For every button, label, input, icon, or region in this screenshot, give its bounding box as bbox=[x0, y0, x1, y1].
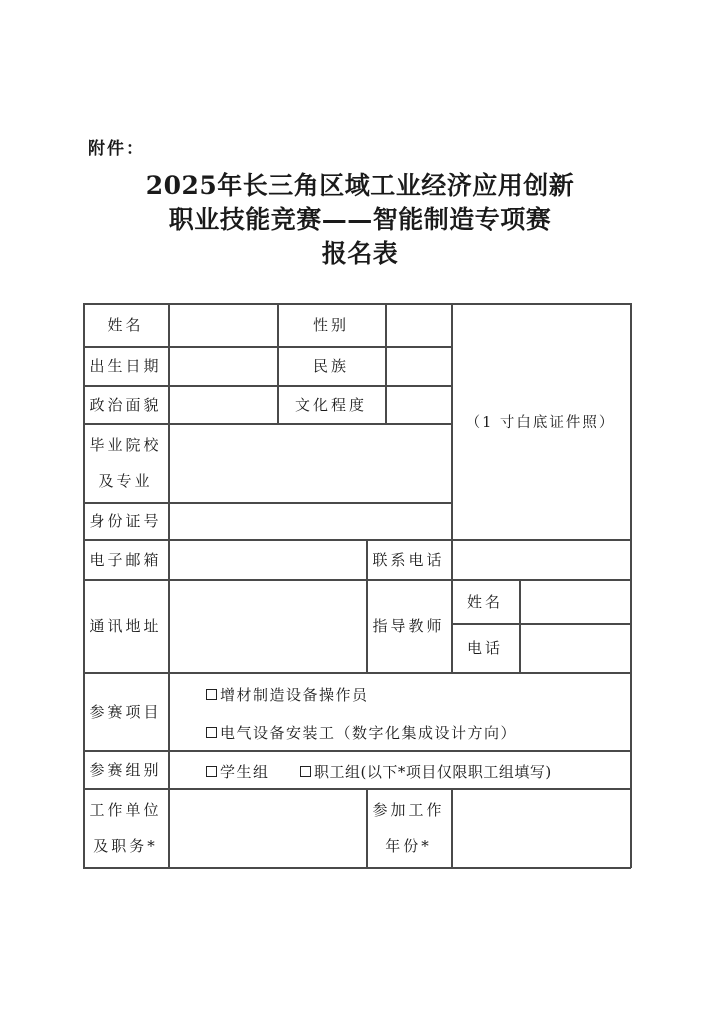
registration-table: 姓名 性别 出生日期 民族 政治面貌 文化程度 （1 寸白底证件照） 毕业院校 … bbox=[0, 0, 720, 1019]
teacher-name-label: 姓名 bbox=[451, 579, 519, 623]
work-unit-label-line1: 工作单位 bbox=[89, 799, 161, 820]
checkbox-icon[interactable] bbox=[300, 766, 311, 777]
checkbox-icon[interactable] bbox=[206, 727, 217, 738]
group-option-student[interactable]: 学生组 bbox=[206, 761, 270, 782]
group-option-staff-label: 职工组(以下*项目仅限职工组填写) bbox=[314, 761, 552, 782]
teacher-name-field[interactable] bbox=[519, 579, 630, 623]
ethnicity-field[interactable] bbox=[385, 346, 451, 385]
id-label: 身份证号 bbox=[83, 502, 168, 539]
gender-label: 性别 bbox=[277, 303, 385, 346]
event-option-2-label: 电气设备安装工（数字化集成设计方向） bbox=[220, 722, 517, 743]
group-option-staff[interactable]: 职工组(以下*项目仅限职工组填写) bbox=[300, 761, 552, 782]
teacher-phone-field[interactable] bbox=[519, 623, 630, 672]
event-option-1-label: 增材制造设备操作员 bbox=[220, 684, 369, 705]
photo-placeholder[interactable]: （1 寸白底证件照） bbox=[451, 303, 630, 539]
checkbox-icon[interactable] bbox=[206, 766, 217, 777]
phone-label: 联系电话 bbox=[366, 539, 451, 579]
email-field[interactable] bbox=[168, 539, 366, 579]
school-label-line2: 及专业 bbox=[98, 470, 152, 491]
education-field[interactable] bbox=[385, 385, 451, 423]
ethnicity-label: 民族 bbox=[277, 346, 385, 385]
gender-field[interactable] bbox=[385, 303, 451, 346]
school-label: 毕业院校 及专业 bbox=[83, 423, 168, 502]
event-option-2[interactable]: 电气设备安装工（数字化集成设计方向） bbox=[206, 722, 517, 743]
birth-label: 出生日期 bbox=[83, 346, 168, 385]
grid-line bbox=[83, 867, 631, 869]
address-field[interactable] bbox=[168, 579, 366, 672]
work-unit-label-line2: 及职务* bbox=[93, 835, 158, 856]
school-field[interactable] bbox=[168, 423, 451, 502]
name-label: 姓名 bbox=[83, 303, 168, 346]
name-field[interactable] bbox=[168, 303, 277, 346]
political-field[interactable] bbox=[168, 385, 277, 423]
work-year-label-line1: 参加工作 bbox=[372, 799, 444, 820]
teacher-phone-label: 电话 bbox=[451, 623, 519, 672]
political-label: 政治面貌 bbox=[83, 385, 168, 423]
work-unit-label: 工作单位 及职务* bbox=[83, 788, 168, 867]
work-year-label-line2: 年份* bbox=[385, 835, 432, 856]
checkbox-icon[interactable] bbox=[206, 689, 217, 700]
address-label: 通讯地址 bbox=[83, 579, 168, 672]
work-year-field[interactable] bbox=[451, 788, 630, 867]
education-label: 文化程度 bbox=[277, 385, 385, 423]
work-year-label: 参加工作 年份* bbox=[366, 788, 451, 867]
work-unit-field[interactable] bbox=[168, 788, 366, 867]
phone-field[interactable] bbox=[451, 539, 630, 579]
school-label-line1: 毕业院校 bbox=[89, 434, 161, 455]
group-option-student-label: 学生组 bbox=[220, 761, 270, 782]
event-label: 参赛项目 bbox=[83, 672, 168, 750]
id-field[interactable] bbox=[168, 502, 451, 539]
group-label: 参赛组别 bbox=[83, 750, 168, 788]
event-option-1[interactable]: 增材制造设备操作员 bbox=[206, 684, 369, 705]
email-label: 电子邮箱 bbox=[83, 539, 168, 579]
birth-field[interactable] bbox=[168, 346, 277, 385]
teacher-label: 指导教师 bbox=[366, 579, 451, 672]
grid-line bbox=[630, 303, 632, 868]
